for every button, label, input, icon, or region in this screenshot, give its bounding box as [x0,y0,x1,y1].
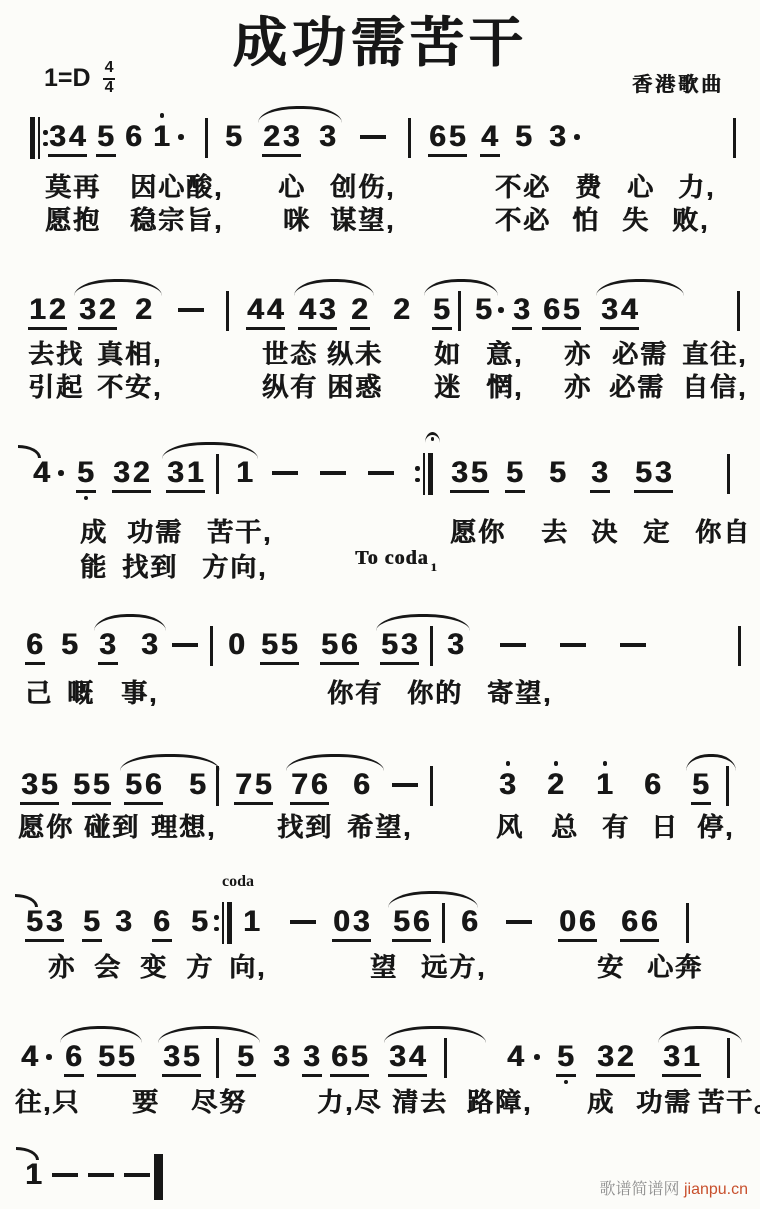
note: 5 [505,458,525,493]
barline [686,903,689,943]
note-digit: 3 [48,122,68,152]
lyric-segment: 亦 [48,947,76,984]
note-digit: 5 [76,458,96,488]
note-digit: 5 [350,1042,370,1072]
duration-dash [360,135,386,139]
note: 5 [190,907,210,937]
note-digit: 6 [412,907,432,937]
note: 1 [24,1160,44,1190]
note: 55 [72,770,111,805]
lyric-segment: 日 [651,807,679,844]
note-digit: 6 [460,907,480,937]
note-digit: 2 [98,295,118,325]
note: 3 [114,907,134,937]
barline [733,118,736,158]
lyric-segment: 变 [140,947,168,984]
duration-dash [124,1173,150,1177]
note-digit: 3 [272,1042,292,1072]
note-digit: 5 [25,907,45,937]
note-digit: 6 [428,122,448,152]
note: 3 [302,1042,322,1077]
note: 55 [97,1042,136,1077]
duration-dash [272,471,298,475]
slur-arc [162,442,258,459]
note: 03 [332,907,371,942]
note: 65 [542,295,581,330]
note: 5 [474,295,494,325]
note: 6 [152,907,172,942]
lyric-segment: 必需 [609,367,665,404]
note-digit: 4 [480,122,500,152]
note: 1 [235,458,255,488]
note-digit: 4 [246,295,266,325]
note-digit: 3 [590,458,610,488]
note-digit: 3 [654,458,674,488]
lyric-segment: 愿抱 [45,200,101,237]
lyric-segment: 事, [121,673,158,710]
note-digit: 5 [97,1042,117,1072]
lyric-segment: 定 [643,512,671,549]
lyric-segment: 力, [678,167,715,204]
note-digit: 5 [691,770,711,800]
duration-dash [178,308,204,312]
lyric-segment: 迷 [434,367,462,404]
note-digit: 7 [290,770,310,800]
note-digit: 3 [166,458,186,488]
barline [442,903,445,943]
note-digit: 5 [470,458,490,488]
lyric-segment: 纵有 [262,367,318,404]
note-digit: 1 [24,1160,44,1190]
octave-dot [554,761,559,766]
note-digit: 2 [392,295,412,325]
note: 6 [643,770,663,800]
note: 6 [124,122,144,152]
note: 56 [392,907,431,942]
note: 34 [388,1042,427,1077]
note-digit: 6 [124,122,144,152]
lyric-segment: 愿你 [18,807,74,844]
note-digit: 3 [662,1042,682,1072]
lyric-segment: 你有 [327,673,383,710]
barline [727,1038,730,1078]
note-digit: 5 [432,295,452,325]
duration-dot [498,307,504,313]
note: 44 [246,295,285,330]
duration-dot [574,134,580,140]
note: 3 [446,630,466,660]
lyric-segment: 能 [80,547,108,584]
note: 5 [82,907,102,942]
lyric-segment: 苦干, [207,512,272,549]
note-digit: 4 [68,122,88,152]
note: 2 [546,770,566,800]
lyric-segment: To coda1 [355,547,438,575]
lyric-segment: 碰到 [84,807,140,844]
lyric-segment: 风 [496,807,524,844]
lyric-segment: 愿你 [450,512,506,549]
lyric-segment: 心 [278,167,306,204]
duration-dash [320,471,346,475]
lyric-segment: 会 [94,947,122,984]
lyric-segment: 方向, [202,547,267,584]
lyric-segment: 纵未 [327,334,383,371]
note-digit: 2 [350,295,370,325]
watermark: 歌谱简谱网 jianpu.cn [599,1176,748,1199]
note: 12 [28,295,67,330]
lyric-segment: 咪 [283,200,311,237]
note-digit: 4 [298,295,318,325]
lyric-segment: 因心酸, [130,167,223,204]
lyric-segment: 总 [551,807,579,844]
note-digit: 5 [117,1042,137,1072]
note-digit: 5 [514,122,534,152]
lyric-segment: 尽努 [191,1082,247,1119]
note-digit: 3 [388,1042,408,1072]
lyric-segment: 不必 [495,167,551,204]
lyric-segment: 希望, [347,807,412,844]
lyric-segment: 直往, [682,334,747,371]
slur-arc [686,754,736,771]
barline [430,626,433,666]
duration-dot [58,470,64,476]
note-digit: 3 [512,295,532,325]
note-digit: 6 [330,1042,350,1072]
lyric-segment: 引起 [28,367,84,404]
note: 53 [634,458,673,493]
coda-subscript: 1 [431,560,438,574]
note-digit: 5 [72,770,92,800]
lyric-segment: 不必 [495,200,551,237]
slur-arc [158,1026,260,1043]
note: 53 [25,907,64,942]
note: 5 [514,122,534,152]
barline [727,454,730,494]
note-digit: 3 [282,122,302,152]
watermark-link[interactable]: jianpu.cn [684,1181,748,1198]
note: 31 [662,1042,701,1077]
note-digit: 5 [40,770,60,800]
note-digit: 3 [302,1042,322,1072]
lyric-segment: 往,只 [15,1082,80,1119]
note: 23 [262,122,301,157]
note: 66 [620,907,659,942]
barline [226,291,229,331]
note-digit: 4 [266,295,286,325]
lyric-segment: 方 [186,947,214,984]
lyric-segment: 安 [597,947,625,984]
note-digit: 2 [134,295,154,325]
note-digit: 3 [318,295,338,325]
slur-arc [384,1026,486,1043]
note: 3 [272,1042,292,1072]
note-digit: 5 [320,630,340,660]
note: 06 [558,907,597,942]
lyric-segment: 亦 [564,367,592,404]
note: 32 [112,458,151,493]
note-digit: 1 [235,458,255,488]
note: 1 [242,907,262,937]
note-digit: 1 [595,770,615,800]
lyric-segment: 惘, [486,367,523,404]
barline [408,118,411,158]
note-digit: 3 [548,122,568,152]
note-digit: 5 [190,907,210,937]
lyric-segment: 力,尽 [317,1082,382,1119]
slur-arc [424,279,498,296]
note: 3 [498,770,518,800]
note-digit: 3 [140,630,160,660]
note-digit: 2 [546,770,566,800]
note-digit: 1 [242,907,262,937]
note: 35 [450,458,489,493]
lyric-segment: 嘅 [67,673,95,710]
lyric-segment: 要 [132,1082,160,1119]
duration-dash [172,643,198,647]
note-digit: 3 [20,770,40,800]
note: 3 [548,122,568,152]
octave-dot [506,761,511,766]
lyric-segment: 去找 [28,334,84,371]
note-digit: 4 [506,1042,526,1072]
note-digit: 4 [620,295,640,325]
note-digit: 5 [60,630,80,660]
note: 55 [260,630,299,665]
note-digit: 3 [45,907,65,937]
barline [216,766,219,806]
duration-dash [392,783,418,787]
note: 32 [78,295,117,330]
fermata-icon [425,432,440,443]
note-digit: 6 [620,907,640,937]
note: 3 [140,630,160,660]
duration-dash [88,1173,114,1177]
lyric-segment: 去 [541,512,569,549]
note-digit: 5 [634,458,654,488]
note-digit: 5 [474,295,494,325]
note-digit: 5 [96,122,116,152]
lyric-segment: 创伤, [330,167,395,204]
lyric-segment: 自信, [682,367,747,404]
note-digit: 7 [234,770,254,800]
lyric-segment: 亦 [564,334,592,371]
lyric-segment: 心 [627,167,655,204]
note-digit: 6 [64,1042,84,1072]
note: 5 [432,295,452,330]
note: 1 [152,122,172,152]
note: 2 [134,295,154,325]
score-sheet: 成功需苦干 1=D 4 4 香港歌曲 34561523365453莫再因心酸,心… [0,0,760,1209]
note-digit: 1 [682,1042,702,1072]
duration-dash [506,920,532,924]
octave-dot [564,1080,569,1085]
note: 32 [596,1042,635,1077]
note: 76 [290,770,329,805]
note-digit: 6 [352,770,372,800]
slur-arc [388,891,478,908]
note-digit: 3 [352,907,372,937]
octave-dot [603,761,608,766]
lyric-segment: 己 [25,673,53,710]
note: 5 [236,1042,256,1077]
lyric-segment: 停, [697,807,734,844]
note-digit: 3 [78,295,98,325]
lyric-segment: 望 [370,947,398,984]
note-digit: 1 [152,122,172,152]
note: 6 [352,770,372,800]
repeat-begin-barline [30,117,48,159]
note: 5 [548,458,568,488]
slur-arc [74,279,162,296]
note: 65 [330,1042,369,1077]
note-digit: 5 [260,630,280,660]
note-digit: 3 [446,630,466,660]
note: 35 [20,770,59,805]
note-digit: 2 [48,295,68,325]
note: 5 [691,770,711,805]
note-digit: 2 [616,1042,636,1072]
note: 1 [595,770,615,800]
note: 34 [48,122,87,157]
lyric-segment: 败, [672,200,709,237]
final-barline [154,1154,163,1200]
barline [216,454,219,494]
note-digit: 3 [596,1042,616,1072]
note-digit: 6 [643,770,663,800]
lyric-segment: 世态 [262,334,318,371]
note-digit: 5 [556,1042,576,1072]
note: 6 [460,907,480,937]
note-digit: 3 [318,122,338,152]
note-digit: 6 [340,630,360,660]
note-digit: 5 [548,458,568,488]
note-digit: 3 [400,630,420,660]
note-digit: 3 [162,1042,182,1072]
notation-area: 34561523365453莫再因心酸,心创伤,不必费心力,愿抱稳宗旨,咪谋望,… [0,0,760,1209]
note-digit: 1 [186,458,206,488]
note: 0 [227,630,247,660]
lyric-segment: 困惑 [327,367,383,404]
coda-label: coda [222,873,254,891]
note: 4 [32,458,52,488]
lyric-segment: 真相, [97,334,162,371]
lyric-segment: 怕 [572,200,600,237]
note: 43 [298,295,337,330]
note-digit: 5 [236,1042,256,1072]
note: 31 [166,458,205,493]
lyric-segment: 莫再 [45,167,101,204]
note-digit: 6 [640,907,660,937]
lyric-segment: 理想, [151,807,216,844]
duration-dash [52,1173,78,1177]
lyric-segment: 向, [229,947,266,984]
slur-arc [60,1026,142,1043]
watermark-site: 歌谱简谱网 [599,1181,679,1198]
lyric-segment: 你自 [695,512,751,549]
lyric-segment: 成 [587,1082,615,1119]
note-digit: 3 [114,907,134,937]
note-digit: 0 [332,907,352,937]
lyric-segment: 成 [80,512,108,549]
note-digit: 5 [92,770,112,800]
lyric-segment: 远方, [421,947,486,984]
note-digit: 3 [98,630,118,660]
lyric-segment: 清去 [392,1082,448,1119]
note-digit: 6 [310,770,330,800]
barline [444,1038,447,1078]
duration-dot [46,1054,52,1060]
slur-arc [376,614,470,631]
lyric-segment: 稳宗旨, [130,200,223,237]
barline [205,118,208,158]
barline [216,1038,219,1078]
note: 4 [480,122,500,157]
note: 2 [350,295,370,330]
note: 5 [96,122,116,157]
note-digit: 3 [450,458,470,488]
note-digit: 6 [144,770,164,800]
note: 56 [124,770,163,805]
note-digit: 3 [600,295,620,325]
note-digit: 0 [558,907,578,937]
slur-arc [596,279,684,296]
repeat-end-barline [214,902,232,944]
note-digit: 6 [542,295,562,325]
note-digit: 5 [562,295,582,325]
note: 3 [590,458,610,493]
note-digit: 5 [182,1042,202,1072]
lyric-segment: 如 [434,334,462,371]
note: 5 [556,1042,576,1077]
note: 75 [234,770,273,805]
note: 53 [380,630,419,665]
note-digit: 5 [124,770,144,800]
note-digit: 2 [262,122,282,152]
note: 5 [76,458,96,493]
note-digit: 3 [112,458,132,488]
note: 56 [320,630,359,665]
note: 3 [512,295,532,330]
note-digit: 6 [578,907,598,937]
lyric-segment: 必需 [612,334,668,371]
note: 34 [600,295,639,330]
note-digit: 3 [498,770,518,800]
lyric-segment: 功需 [127,512,183,549]
note: 5 [60,630,80,660]
note-digit: 5 [254,770,274,800]
note-digit: 4 [20,1042,40,1072]
note-digit: 5 [505,458,525,488]
note: 2 [392,295,412,325]
octave-dot [84,496,89,501]
note-digit: 1 [28,295,48,325]
lyric-segment: 寄望, [487,673,552,710]
lyric-segment: 决 [591,512,619,549]
note-digit: 5 [380,630,400,660]
note: 5 [188,770,208,800]
note-digit: 5 [392,907,412,937]
lyric-segment: 找到 [122,547,178,584]
lyric-segment: 谋望, [330,200,395,237]
repeat-end-barline [415,453,433,495]
note: 5 [224,122,244,152]
barline [738,626,741,666]
barline [210,626,213,666]
lyric-segment: 意, [486,334,523,371]
barline [458,291,461,331]
slur-arc [286,754,384,771]
octave-dot [160,113,165,118]
